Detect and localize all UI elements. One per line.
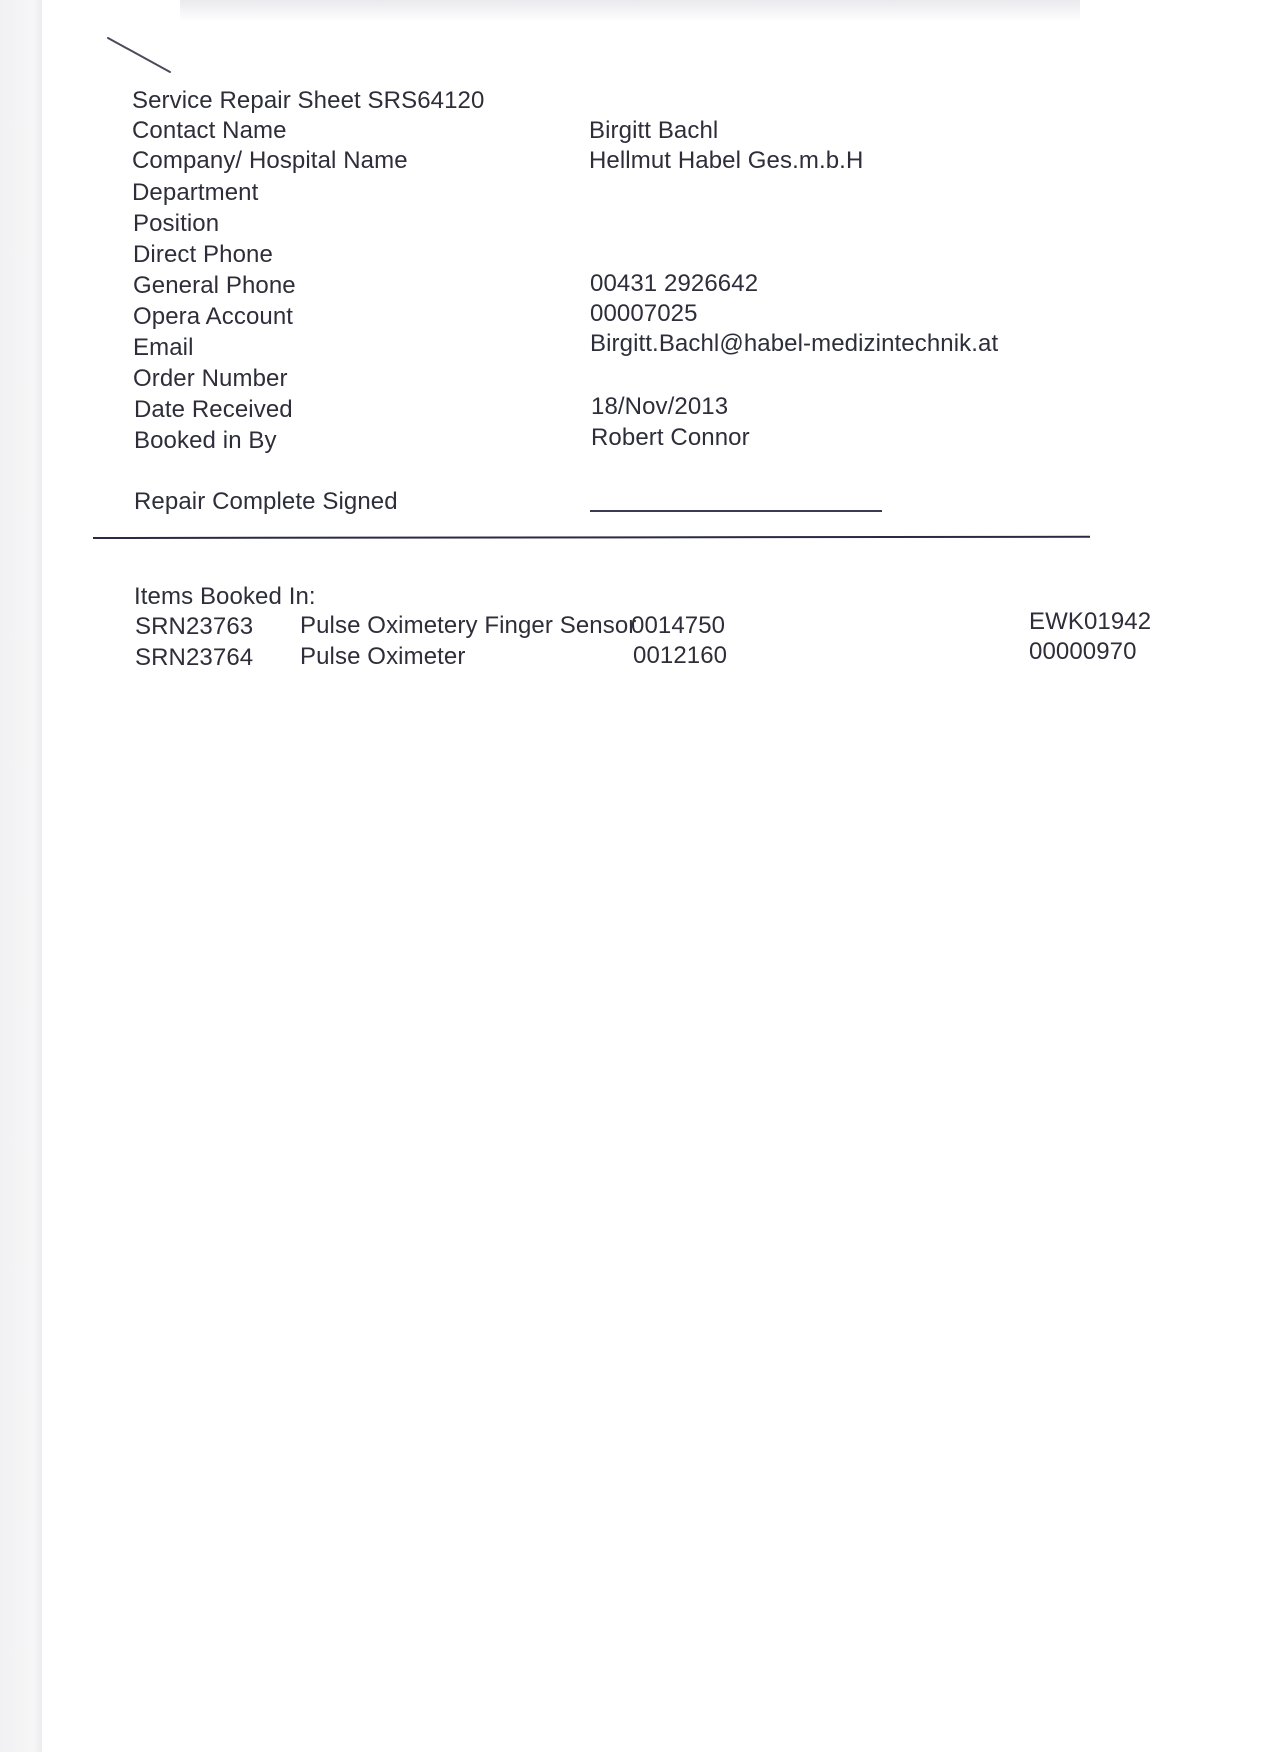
label-general-phone: General Phone (133, 272, 296, 300)
item-description: Pulse Oximetery Finger Sensor (300, 612, 636, 640)
item-code: 0014750 (631, 612, 725, 640)
signature-label: Repair Complete Signed (134, 488, 398, 516)
value-date-received: 18/Nov/2013 (591, 393, 728, 421)
label-department: Department (132, 179, 258, 207)
section-divider (93, 536, 1090, 539)
value-general-phone: 00431 2926642 (590, 270, 758, 298)
value-email: Birgitt.Bachl@habel-medizintechnik.at (590, 330, 998, 358)
label-order-number: Order Number (133, 365, 288, 393)
pen-mark (106, 34, 176, 74)
item-srn: SRN23763 (135, 613, 253, 641)
label-email: Email (133, 334, 194, 362)
value-opera-account: 00007025 (590, 300, 698, 328)
item-ref: EWK01942 (1029, 608, 1151, 636)
label-date-received: Date Received (134, 396, 293, 424)
item-srn: SRN23764 (135, 644, 253, 672)
value-company: Hellmut Habel Ges.m.b.H (589, 147, 863, 175)
label-contact-name: Contact Name (132, 117, 287, 145)
value-booked-in-by: Robert Connor (591, 424, 750, 452)
label-booked-in-by: Booked in By (134, 427, 277, 455)
item-ref: 00000970 (1029, 638, 1137, 666)
scan-edge-shadow (0, 0, 42, 1752)
label-direct-phone: Direct Phone (133, 241, 273, 269)
signature-line (590, 510, 882, 512)
label-position: Position (133, 210, 219, 238)
items-header: Items Booked In: (134, 583, 316, 611)
label-opera-account: Opera Account (133, 303, 293, 331)
value-contact-name: Birgitt Bachl (589, 117, 718, 145)
scan-top-shadow (180, 0, 1080, 22)
label-company: Company/ Hospital Name (132, 147, 408, 175)
item-code: 0012160 (633, 642, 727, 670)
item-description: Pulse Oximeter (300, 643, 465, 671)
page-title: Service Repair Sheet SRS64120 (132, 87, 484, 115)
